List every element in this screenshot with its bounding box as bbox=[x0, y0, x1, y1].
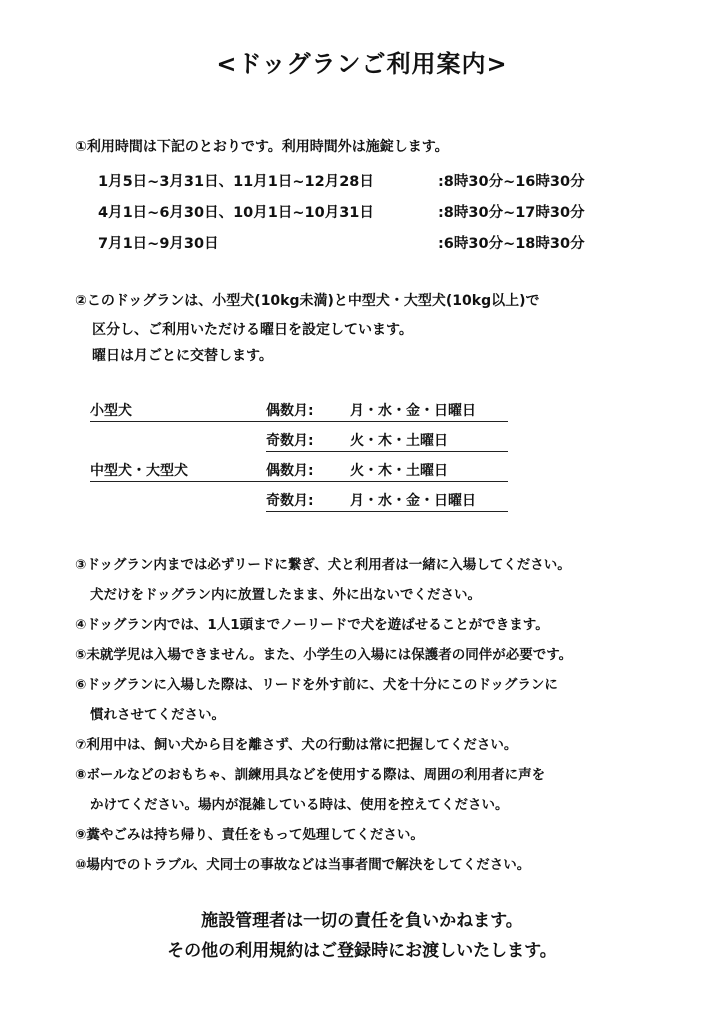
underline bbox=[90, 421, 508, 422]
underline bbox=[266, 451, 508, 452]
terms-note: その他の利用規約はご登録時にお渡しいたします。 bbox=[0, 936, 724, 966]
section2-line2: 区分し、ご利用いただける曜日を設定しています。 bbox=[92, 319, 413, 339]
allowed-days: 火・木・土曜日 bbox=[350, 430, 448, 450]
rule-9: ⑨糞やごみは持ち帰り、責任をもって処理してください。 bbox=[75, 823, 572, 853]
footer-notice: 施設管理者は一切の責任を負いかねます。 その他の利用規約はご登録時にお渡しいたし… bbox=[0, 906, 724, 966]
rule-8: ⑧ボールなどのおもちゃ、訓練用具などを使用する際は、周囲の利用者に声を bbox=[75, 763, 572, 793]
underline bbox=[266, 511, 508, 512]
rule-8-cont: かけてください。場内が混雑している時は、使用を控えてください。 bbox=[75, 793, 572, 823]
rule-3-cont: 犬だけをドッグラン内に放置したまま、外に出ないでください。 bbox=[75, 583, 572, 613]
schedule-time: :6時30分~18時30分 bbox=[438, 232, 585, 253]
schedule-row: 4月1日~6月30日、10月1日~10月31日:8時30分~17時30分 bbox=[98, 201, 585, 222]
month-type: 奇数月: bbox=[266, 430, 314, 450]
rule-3: ③ドッグラン内までは必ずリードに繋ぎ、犬と利用者は一緒に入場してください。 bbox=[75, 553, 572, 583]
schedule-range: 1月5日~3月31日、11月1日~12月28日 bbox=[98, 170, 438, 191]
rule-10: ⑩場内でのトラブル、犬同士の事故などは当事者間で解決をしてください。 bbox=[75, 853, 572, 883]
schedule-row: 7月1日~9月30日:6時30分~18時30分 bbox=[98, 232, 585, 253]
rule-5: ⑤未就学児は入場できません。また、小学生の入場には保護者の同伴が必要です。 bbox=[75, 643, 572, 673]
section1-heading: ①利用時間は下記のとおりです。利用時間外は施錠します。 bbox=[75, 136, 449, 156]
rules-list: ③ドッグラン内までは必ずリードに繋ぎ、犬と利用者は一緒に入場してください。 犬だ… bbox=[75, 553, 572, 883]
disclaimer: 施設管理者は一切の責任を負いかねます。 bbox=[0, 906, 724, 936]
allowed-days: 月・水・金・日曜日 bbox=[350, 490, 476, 510]
rule-6-cont: 慣れさせてください。 bbox=[75, 703, 572, 733]
month-type: 偶数月: bbox=[266, 400, 314, 420]
table-row: 奇数月: 火・木・土曜日 bbox=[90, 428, 510, 458]
schedule-range: 4月1日~6月30日、10月1日~10月31日 bbox=[98, 201, 438, 222]
table-row: 奇数月: 月・水・金・日曜日 bbox=[90, 488, 510, 518]
month-type: 偶数月: bbox=[266, 460, 314, 480]
schedule-time: :8時30分~16時30分 bbox=[438, 170, 585, 191]
rule-7: ⑦利用中は、飼い犬から目を離さず、犬の行動は常に把握してください。 bbox=[75, 733, 572, 763]
day-schedule-table: 小型犬 偶数月: 月・水・金・日曜日 奇数月: 火・木・土曜日 中型犬・大型犬 … bbox=[90, 398, 510, 518]
table-row: 中型犬・大型犬 偶数月: 火・木・土曜日 bbox=[90, 458, 510, 488]
dog-category: 中型犬・大型犬 bbox=[90, 460, 188, 480]
dog-category: 小型犬 bbox=[90, 400, 132, 420]
schedule-row: 1月5日~3月31日、11月1日~12月28日:8時30分~16時30分 bbox=[98, 170, 585, 191]
table-row: 小型犬 偶数月: 月・水・金・日曜日 bbox=[90, 398, 510, 428]
schedule-range: 7月1日~9月30日 bbox=[98, 232, 438, 253]
allowed-days: 月・水・金・日曜日 bbox=[350, 400, 476, 420]
underline bbox=[90, 481, 508, 482]
rule-4: ④ドッグラン内では、1人1頭までノーリードで犬を遊ばせることができます。 bbox=[75, 613, 572, 643]
schedule-time: :8時30分~17時30分 bbox=[438, 201, 585, 222]
month-type: 奇数月: bbox=[266, 490, 314, 510]
section2-line3: 曜日は月ごとに交替します。 bbox=[92, 345, 273, 365]
page-title: <ドッグランご利用案内> bbox=[0, 44, 724, 79]
section2-line1: ②このドッグランは、小型犬(10kg未満)と中型犬・大型犬(10kg以上)で bbox=[75, 290, 540, 310]
rule-6: ⑥ドッグランに入場した際は、リードを外す前に、犬を十分にこのドッグランに bbox=[75, 673, 572, 703]
allowed-days: 火・木・土曜日 bbox=[350, 460, 448, 480]
